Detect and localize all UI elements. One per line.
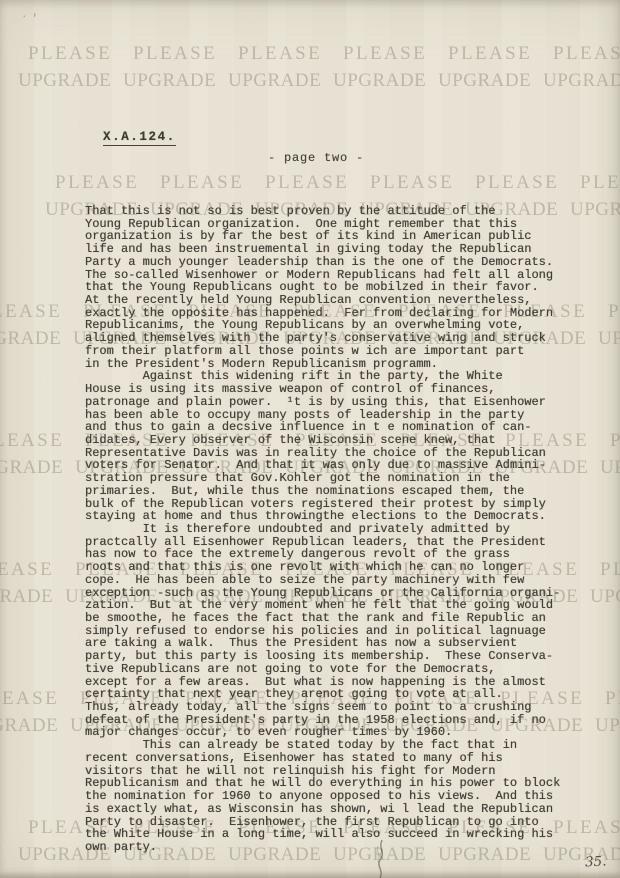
- document-content: ´’ X.A.124. - page two - That this is no…: [0, 0, 620, 878]
- paper-crease-mark: [368, 840, 402, 878]
- body-text: That this is not so is best proven by th…: [85, 205, 560, 854]
- page-label: - page two -: [268, 151, 364, 165]
- page-number: 35.: [585, 853, 607, 870]
- scan-speckle: ´’: [21, 12, 44, 28]
- document-page: PLEASEUPGRADEPLEASEUPGRADEPLEASEUPGRADEP…: [0, 0, 620, 878]
- document-reference: X.A.124.: [103, 130, 176, 146]
